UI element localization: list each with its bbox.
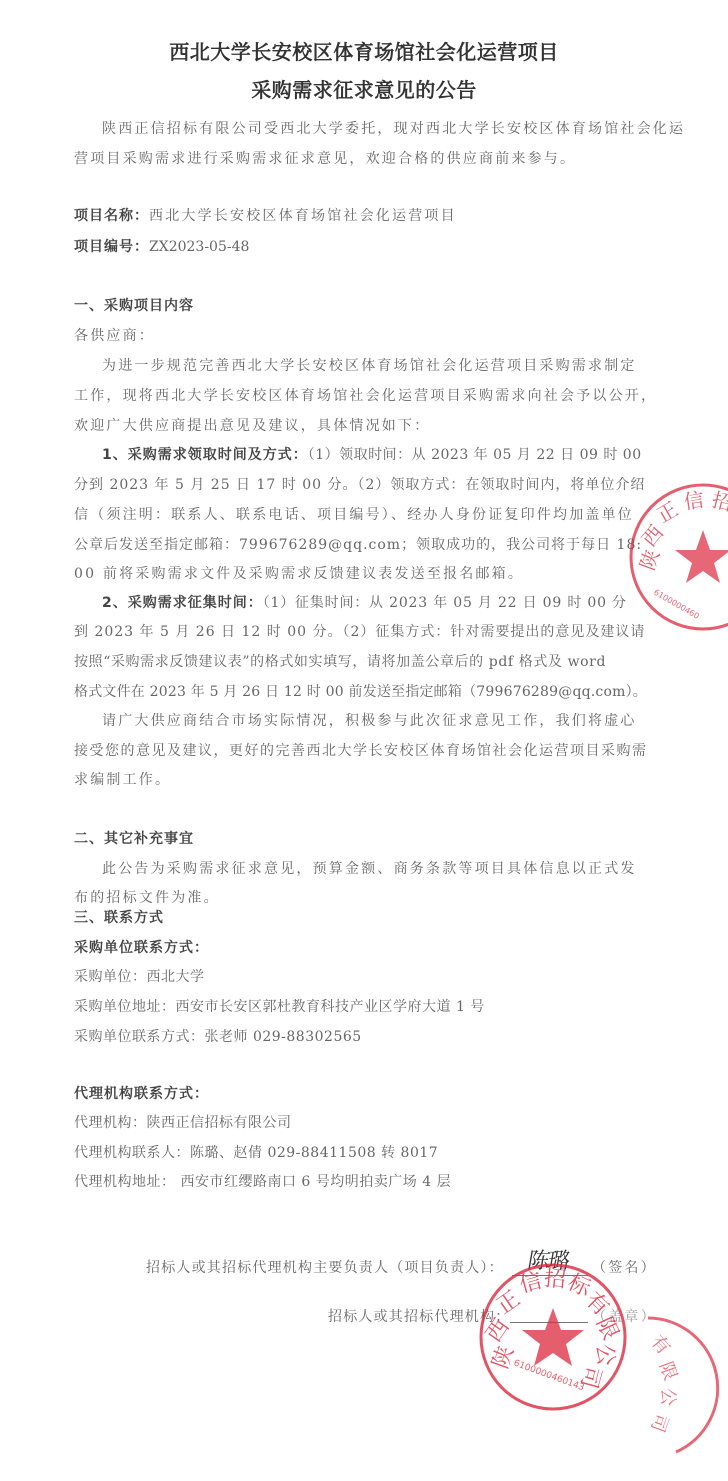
document-page: 西北大学长安校区体育场馆社会化运营项目 采购需求征求意见的公告 陕西正信招标有限… bbox=[0, 0, 728, 1481]
project-number-label: 项目编号： bbox=[74, 239, 149, 255]
item2-label: 2、采购需求征集时间： bbox=[102, 595, 263, 611]
item2-line4: 格式文件在 2023 年 5 月 26 日 12 时 00 前发送至指定邮箱（7… bbox=[74, 681, 647, 701]
item2-line3: 按照“采购需求反馈建议表”的格式如实填写，请将加盖公章后的 pdf 格式及 wo… bbox=[74, 651, 606, 671]
item1-line1: 1、采购需求领取时间及方式：（1）领取时间：从 2023 年 05 月 22 日… bbox=[102, 444, 642, 464]
section1-para1-line2: 工作，现将西北大学长安校区体育场馆社会化运营项目采购需求向社会予以公开， bbox=[74, 385, 657, 405]
document-title-line2: 采购需求征求意见的公告 bbox=[0, 74, 728, 103]
buyer-contact-heading: 采购单位联系方式： bbox=[74, 937, 209, 957]
buyer-contact: 采购单位联系方式：张老师 029-88302565 bbox=[74, 1026, 362, 1046]
item1-line3: 信（须注明：联系人、联系电话、项目编号）、经办人身份证复印件均加盖单位 bbox=[74, 504, 634, 524]
agent-name: 代理机构：陕西正信招标有限公司 bbox=[74, 1112, 292, 1132]
section1-para1-line3: 欢迎广大供应商提出意见及建议，具体情况如下： bbox=[74, 415, 430, 435]
item1-line2: 分到 2023 年 5 月 25 日 17 时 00 分。（2）领取方式：在领取… bbox=[74, 474, 645, 494]
svg-text:限: 限 bbox=[655, 1359, 681, 1383]
buyer-unit: 采购单位：西北大学 bbox=[74, 966, 205, 986]
buyer-address: 采购单位地址：西安市长安区郭杜教育科技产业区学府大道 1 号 bbox=[74, 996, 485, 1016]
intro-text-line1: 陕西正信招标有限公司受西北大学委托，现对西北大学长安校区体育场馆社会化运 bbox=[102, 118, 685, 138]
section2-heading: 二、其它补充事宜 bbox=[74, 828, 194, 848]
company-seal-partial: 有 限 公 司 bbox=[588, 1310, 728, 1460]
salutation: 各供应商： bbox=[74, 325, 155, 345]
agent-contact-heading: 代理机构联系方式： bbox=[74, 1083, 209, 1103]
item1-line5: 00 前将采购需求文件及采购需求反馈建议表发送至报名邮箱。 bbox=[74, 563, 524, 583]
section1-heading: 一、采购项目内容 bbox=[74, 295, 194, 315]
svg-text:6100000460143: 6100000460143 bbox=[512, 1358, 585, 1393]
svg-text:陕: 陕 bbox=[635, 546, 664, 573]
project-name-value: 西北大学长安校区体育场馆社会化运营项目 bbox=[149, 208, 457, 224]
svg-text:有: 有 bbox=[646, 1331, 674, 1358]
item1-line4: 公章后发送至指定邮箱：799676289@qq.com；领取成功的，我公司将于每… bbox=[74, 534, 642, 554]
project-number-value: ZX2023-05-48 bbox=[149, 239, 249, 255]
section1-para1-line1: 为进一步规范完善西北大学长安校区体育场馆社会化运营项目采购需求制定 bbox=[102, 355, 637, 375]
svg-text:信: 信 bbox=[682, 487, 705, 514]
section1-para2-line3: 求编制工作。 bbox=[74, 769, 171, 789]
svg-text:信: 信 bbox=[517, 1268, 545, 1298]
section1-para2-line2: 接受您的意见及建议，更好的完善西北大学长安校区体育场馆社会化运营项目采购需 bbox=[74, 740, 648, 760]
section2-line1: 此公告为采购需求征求意见，预算金额、商务条款等项目具体信息以正式发 bbox=[102, 858, 637, 878]
section3-heading: 三、联系方式 bbox=[74, 907, 164, 927]
project-number-row: 项目编号：ZX2023-05-48 bbox=[74, 236, 249, 256]
svg-text:招: 招 bbox=[710, 487, 728, 515]
project-name-row: 项目名称：西北大学长安校区体育场馆社会化运营项目 bbox=[74, 205, 457, 225]
svg-text:公: 公 bbox=[657, 1388, 678, 1406]
svg-text:西: 西 bbox=[482, 1315, 515, 1347]
document-title-line1: 西北大学长安校区体育场馆社会化运营项目 bbox=[0, 36, 728, 65]
item2-line1: 2、采购需求征集时间：（1）征集时间：从 2023 年 05 月 22 日 09… bbox=[102, 592, 627, 612]
svg-text:司: 司 bbox=[646, 1411, 672, 1435]
item2-line2: 到 2023 年 5 月 26 日 12 时 00 分。（2）征集方式：针对需要… bbox=[74, 621, 645, 641]
signature-line1-label: 招标人或其招标代理机构主要负责人（项目负责人）： bbox=[146, 1257, 504, 1277]
intro-text-line2: 营项目采购需求进行采购需求征求意见，欢迎合格的供应商前来参与。 bbox=[74, 148, 576, 168]
agent-address: 代理机构地址： 西安市红缨路南口 6 号均明拍卖广场 4 层 bbox=[74, 1171, 451, 1191]
item1-text: （1）领取时间：从 2023 年 05 月 22 日 09 时 00 bbox=[308, 447, 642, 463]
section1-para2-line1: 请广大供应商结合市场实际情况，积极参与此次征求意见工作，我们将虚心 bbox=[102, 710, 637, 730]
agent-contact-person: 代理机构联系人：陈璐、赵倩 029-88411508 转 8017 bbox=[74, 1142, 438, 1162]
item2-text: （1）征集时间：从 2023 年 05 月 22 日 09 时 00 分 bbox=[263, 595, 627, 611]
company-seal-middle: 陕 西 正 信 招 6100000460 bbox=[628, 482, 728, 632]
project-name-label: 项目名称： bbox=[74, 208, 149, 224]
svg-text:招: 招 bbox=[543, 1266, 567, 1293]
item1-label: 1、采购需求领取时间及方式： bbox=[102, 447, 308, 463]
section2-line2: 布的招标文件为准。 bbox=[74, 887, 220, 907]
